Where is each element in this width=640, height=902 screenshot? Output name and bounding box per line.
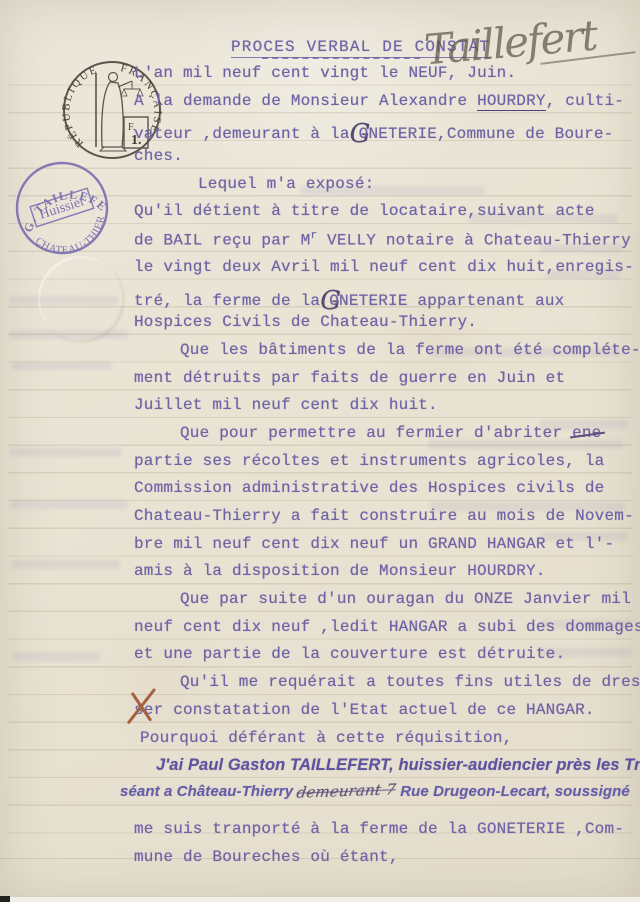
underlined-name-hourdry: HOURDRY <box>477 92 546 112</box>
text-line: Que pour permettre au fermier d'abriter … <box>134 424 634 452</box>
seal-arc-left-text: RÉPUBLIQUE <box>60 64 100 150</box>
scanned-document-page: RÉPUBLIQUE FRANÇAISE F. 1. G. TAILLEFERT… <box>0 0 640 902</box>
bleedthrough-smudge <box>12 362 112 370</box>
text-line: le vingt deux Avril mil neuf cent dix hu… <box>134 258 634 286</box>
bleedthrough-smudge <box>12 560 120 569</box>
text-line: de BAIL reçu par Mr VELLY notaire à Chat… <box>134 230 634 258</box>
text-line: L'an mil neuf cent vingt le NEUF, Juin. <box>134 64 634 92</box>
title-dashed-underline <box>262 57 420 59</box>
text-line: partie ses récoltes et instruments agric… <box>134 452 634 480</box>
huissier-round-stamp: G. TAILLEFERT CHATEAU-THIERRY Huissier <box>2 152 132 272</box>
hand-inserted-letter-g: G <box>350 119 359 149</box>
text-line: A la demande de Monsieur Alexandre HOURD… <box>134 92 634 120</box>
text-line: Pourquoi déférant à cette réquisition, <box>134 729 634 757</box>
text-line: vateur ,demeurant à laGONETERIE,Commune … <box>134 119 634 147</box>
text-line: et une partie de la couverture est détru… <box>134 645 634 673</box>
scan-corner-artifact <box>0 896 10 902</box>
handwritten-correction: demeurant 7 <box>296 780 398 801</box>
svg-text:RÉPUBLIQUE: RÉPUBLIQUE <box>60 64 100 150</box>
text-line: Chateau-Thierry a fait construire au moi… <box>134 507 634 535</box>
typed-body: L'an mil neuf cent vingt le NEUF, Juin. … <box>134 64 634 876</box>
stamped-text-line: J'ai Paul Gaston TAILLEFERT, huissier-au… <box>134 756 634 782</box>
text-line: Que les bâtiments de la ferme ont été co… <box>134 341 634 369</box>
text-line: Lequel m'a exposé: <box>134 175 634 203</box>
scan-bottom-edge <box>0 896 640 902</box>
bleedthrough-smudge <box>10 500 128 509</box>
bleedthrough-smudge <box>10 448 122 457</box>
text-line: me suis tranporté à la ferme de la GONET… <box>134 820 634 848</box>
text-line: neuf cent dix neuf ,ledit HANGAR a subi … <box>134 618 634 646</box>
text-line: amis à la disposition de Monsieur HOURDR… <box>134 562 634 590</box>
text-line: Juillet mil neuf cent dix huit. <box>134 396 634 424</box>
red-cross-margin-mark <box>124 686 160 726</box>
text-line: Qu'il détient à titre de locataire,suiva… <box>134 202 634 230</box>
bleedthrough-smudge <box>12 652 100 661</box>
hand-inserted-letter-g: G <box>320 286 329 316</box>
text-line: Qu'il me requérait a toutes fins utiles … <box>134 673 634 701</box>
text-line: Que par suite d'un ouragan du ONZE Janvi… <box>134 590 634 618</box>
text-line: ches. <box>134 147 634 175</box>
stamped-text-line: séant a Château-Thierry demeurant 7 Rue … <box>120 782 634 811</box>
text-line: ment détruits par faits de guerre en Jui… <box>134 369 634 397</box>
struck-out-word: ene <box>572 424 601 442</box>
text-line: tré, la ferme de laGONETERIE appartenant… <box>134 286 634 314</box>
paper-crease <box>0 858 640 859</box>
text-line: mune de Boureches où étant, <box>134 848 634 876</box>
text-line: ser constatation de l'Etat actuel de ce … <box>134 701 634 729</box>
text-line: bre mil neuf cent dix neuf un GRAND HANG… <box>134 535 634 563</box>
text-line: Commission administrative des Hospices c… <box>134 479 634 507</box>
text-line: Hospices Civils de Chateau-Thierry. <box>134 313 634 341</box>
